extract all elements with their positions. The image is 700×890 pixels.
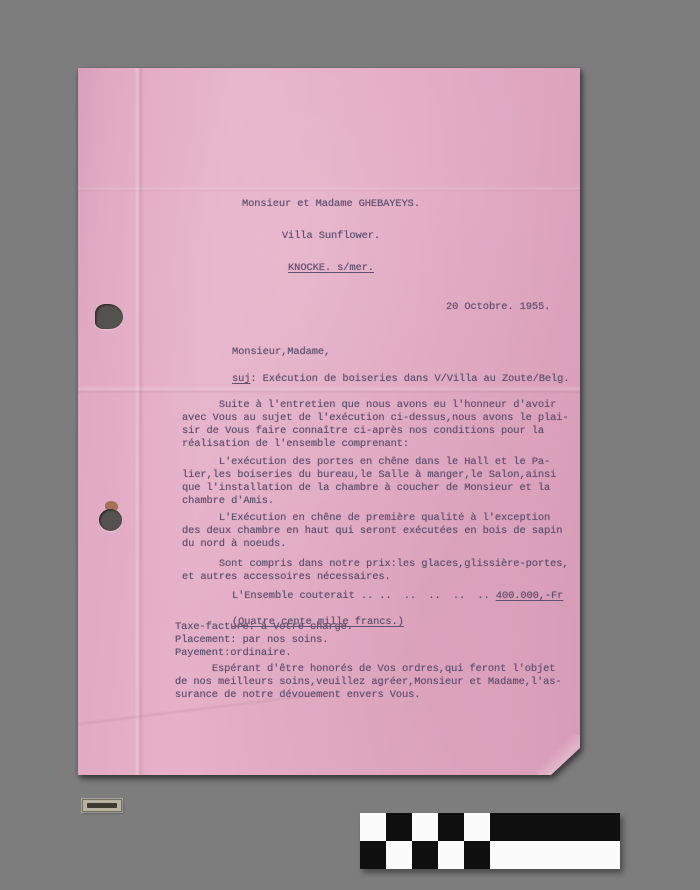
body-paragraph-1: Suite à l'entretien que nous avons eu l'… — [182, 399, 569, 451]
body-paragraph-2: L'exécution des portes en chêne dans le … — [182, 456, 556, 508]
calibration-row-bottom — [360, 841, 620, 869]
recipient-address-block: Monsieur et Madame GHEBAYEYS. Villa Sunf… — [206, 196, 456, 276]
calibration-square — [438, 813, 464, 841]
folded-corner — [538, 735, 580, 775]
calibration-checker-bar — [360, 813, 620, 869]
inventory-label — [82, 799, 122, 812]
subject-text: : Exécution de boiseries dans V/Villa au… — [250, 373, 569, 385]
salutation: Monsieur,Madame, — [232, 346, 330, 359]
calibration-square — [438, 841, 464, 869]
subject-label: suj — [232, 373, 250, 385]
calibration-square — [464, 841, 490, 869]
calibration-square — [360, 841, 386, 869]
horizontal-fold-crease-upper — [78, 186, 580, 192]
body-paragraph-4: Sont compris dans notre prix:les glaces,… — [182, 558, 569, 584]
calibration-square — [360, 813, 386, 841]
calibration-square — [412, 841, 438, 869]
terms-block: Taxe-facture: à Votre charge. Placement:… — [175, 621, 353, 660]
punch-hole-bottom — [99, 509, 122, 531]
calibration-row-top — [360, 813, 620, 841]
punch-hole-top — [95, 304, 123, 329]
horizontal-fold-crease — [78, 386, 580, 394]
date-line: 20 Octobre. 1955. — [446, 301, 550, 314]
recipient-city: KNOCKE. s/mer. — [288, 262, 374, 274]
inventory-label-text — [87, 803, 117, 808]
recipient-villa: Villa Sunflower. — [282, 230, 380, 242]
calibration-long-segment — [490, 841, 620, 869]
calibration-square — [412, 813, 438, 841]
letter-page: Monsieur et Madame GHEBAYEYS. Villa Sunf… — [78, 68, 580, 775]
price-amount: 400.000,-Fr — [496, 590, 564, 602]
pink-paper-sheet: Monsieur et Madame GHEBAYEYS. Villa Sunf… — [78, 68, 580, 775]
calibration-square — [464, 813, 490, 841]
closing-paragraph: Espérant d'être honorés de Vos ordres,qu… — [175, 663, 562, 702]
calibration-square — [386, 813, 412, 841]
subject-line: suj: Exécution de boiseries dans V/Villa… — [232, 373, 569, 386]
vertical-fold-crease — [134, 68, 144, 775]
photographed-archive-document: { "photo": { "background_color": "#7d7d7… — [0, 0, 700, 890]
recipient-name: Monsieur et Madame GHEBAYEYS. — [242, 198, 420, 210]
body-paragraph-3: L'Exécution en chêne de première qualité… — [182, 512, 562, 551]
price-lead: L'Ensemble couterait .. .. .. .. .. .. — [232, 590, 496, 602]
calibration-long-segment — [490, 813, 620, 841]
calibration-square — [386, 841, 412, 869]
